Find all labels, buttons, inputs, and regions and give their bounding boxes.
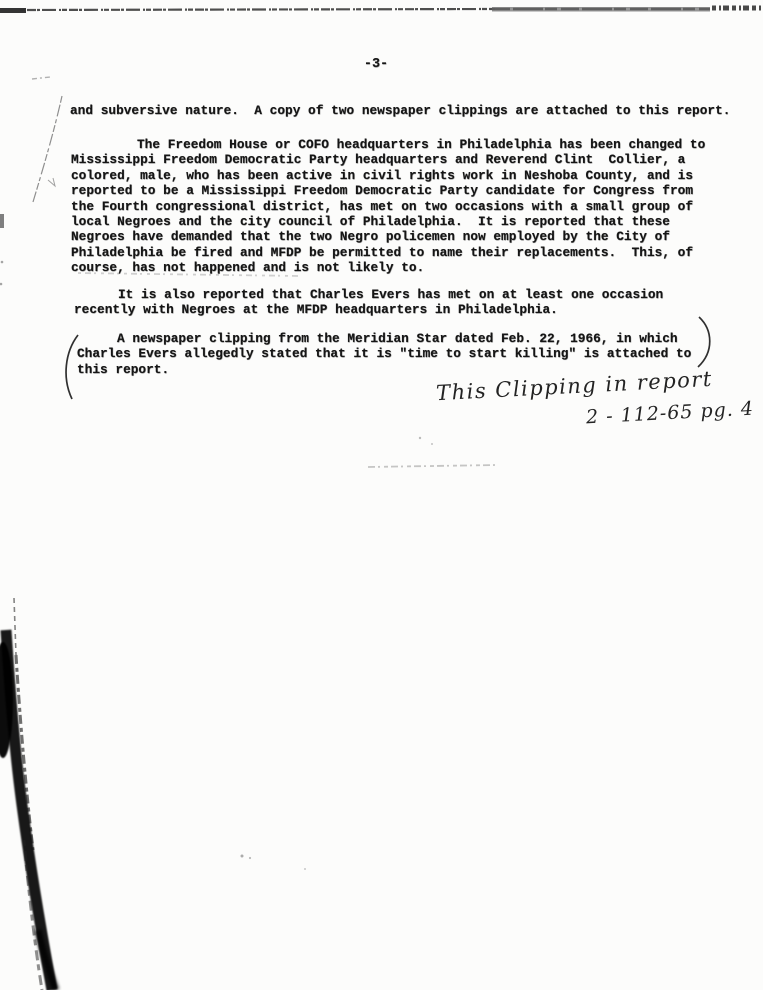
- top-scan-band: [0, 7, 763, 13]
- scanned-document-page: -3- and subversive nature. A copy of two…: [0, 0, 763, 990]
- handwritten-note-line2: 2 - 112-65 pg. 4: [586, 398, 755, 429]
- left-edge-scan-streak: [0, 598, 56, 990]
- body-paragraph-1: and subversive nature. A copy of two new…: [70, 103, 762, 118]
- page-number: -3-: [0, 57, 752, 72]
- body-paragraph-2: The Freedom House or COFO headquarters i…: [71, 137, 763, 276]
- body-paragraph-3: It is also reported that Charles Evers h…: [74, 287, 763, 318]
- margin-pencil-marks: [0, 77, 62, 285]
